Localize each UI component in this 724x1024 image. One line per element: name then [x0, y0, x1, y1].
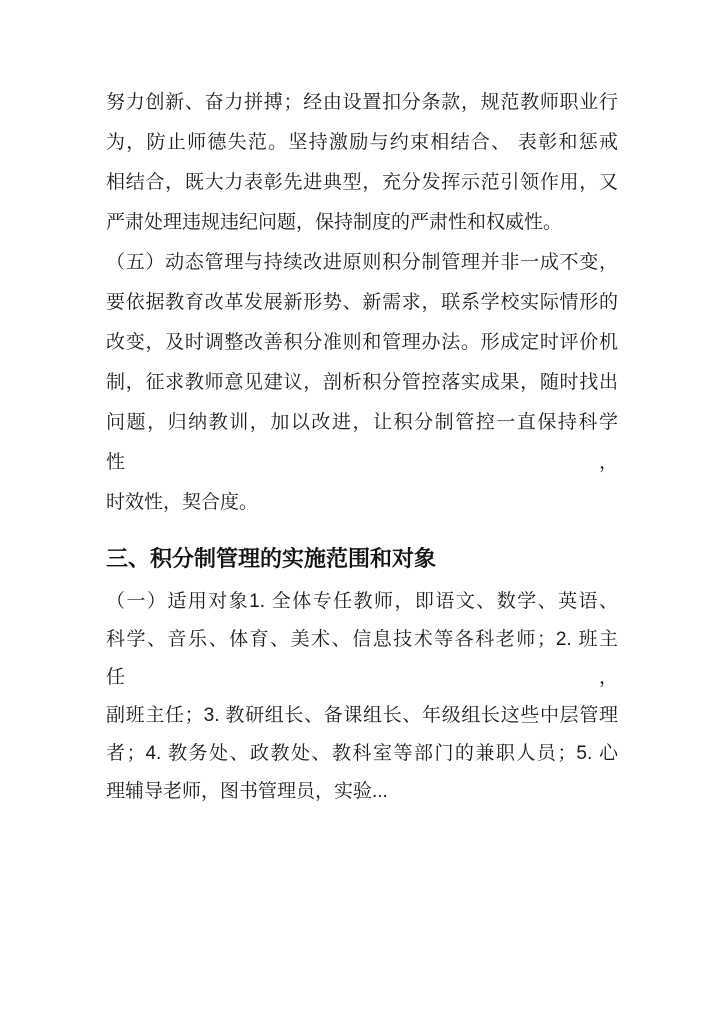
- paragraph-principles-reward-punish: 努力创新、奋力拼搏；经由设置扣分条款，规范教师职业行 为，防止师德失范。坚持激励…: [106, 83, 618, 243]
- document-line: 科学、音乐、体育、美术、信息技术等各科老师；2. 班主任，: [106, 621, 618, 697]
- document-line: 时效性，契合度。: [106, 483, 618, 523]
- document-line: 者；4. 教务处、政教处、教科室等部门的兼职人员；5. 心: [106, 735, 618, 773]
- document-line: 要依据教育改革发展新形势、新需求，联系学校实际情形的: [106, 283, 618, 323]
- document-page: 努力创新、奋力拼搏；经由设置扣分条款，规范教师职业行 为，防止师德失范。坚持激励…: [0, 0, 724, 1024]
- document-line: 为，防止师德失范。坚持激励与约束相结合、 表彰和惩戒: [106, 123, 618, 163]
- document-content: 努力创新、奋力拼搏；经由设置扣分条款，规范教师职业行 为，防止师德失范。坚持激励…: [106, 83, 618, 811]
- document-line: 改变，及时调整改善积分准则和管理办法。形成定时评价机: [106, 323, 618, 363]
- document-line: 问题，归纳教训，加以改进，让积分制管控一直保持科学性，: [106, 403, 618, 483]
- document-line: 相结合，既大力表彰先进典型，充分发挥示范引领作用，又: [106, 163, 618, 203]
- document-line: 努力创新、奋力拼搏；经由设置扣分条款，规范教师职业行: [106, 83, 618, 123]
- document-line: （五）动态管理与持续改进原则积分制管理并非一成不变，: [106, 243, 618, 283]
- document-line: 副班主任；3. 教研组长、备课组长、年级组长这些中层管理: [106, 697, 618, 735]
- section-heading-scope-and-targets: 三、积分制管理的实施范围和对象: [106, 539, 618, 579]
- document-line: 严肃处理违规违纪问题，保持制度的严肃性和权威性。: [106, 203, 618, 243]
- paragraph-dynamic-management-principle: （五）动态管理与持续改进原则积分制管理并非一成不变， 要依据教育改革发展新形势、…: [106, 243, 618, 523]
- document-line: （一）适用对象1. 全体专任教师，即语文、数学、英语、: [106, 583, 618, 621]
- document-line: 理辅导老师，图书管理员，实验...: [106, 773, 618, 811]
- document-line: 制，征求教师意见建议，剖析积分管控落实成果，随时找出: [106, 363, 618, 403]
- paragraph-applicable-targets: （一）适用对象1. 全体专任教师，即语文、数学、英语、 科学、音乐、体育、美术、…: [106, 583, 618, 811]
